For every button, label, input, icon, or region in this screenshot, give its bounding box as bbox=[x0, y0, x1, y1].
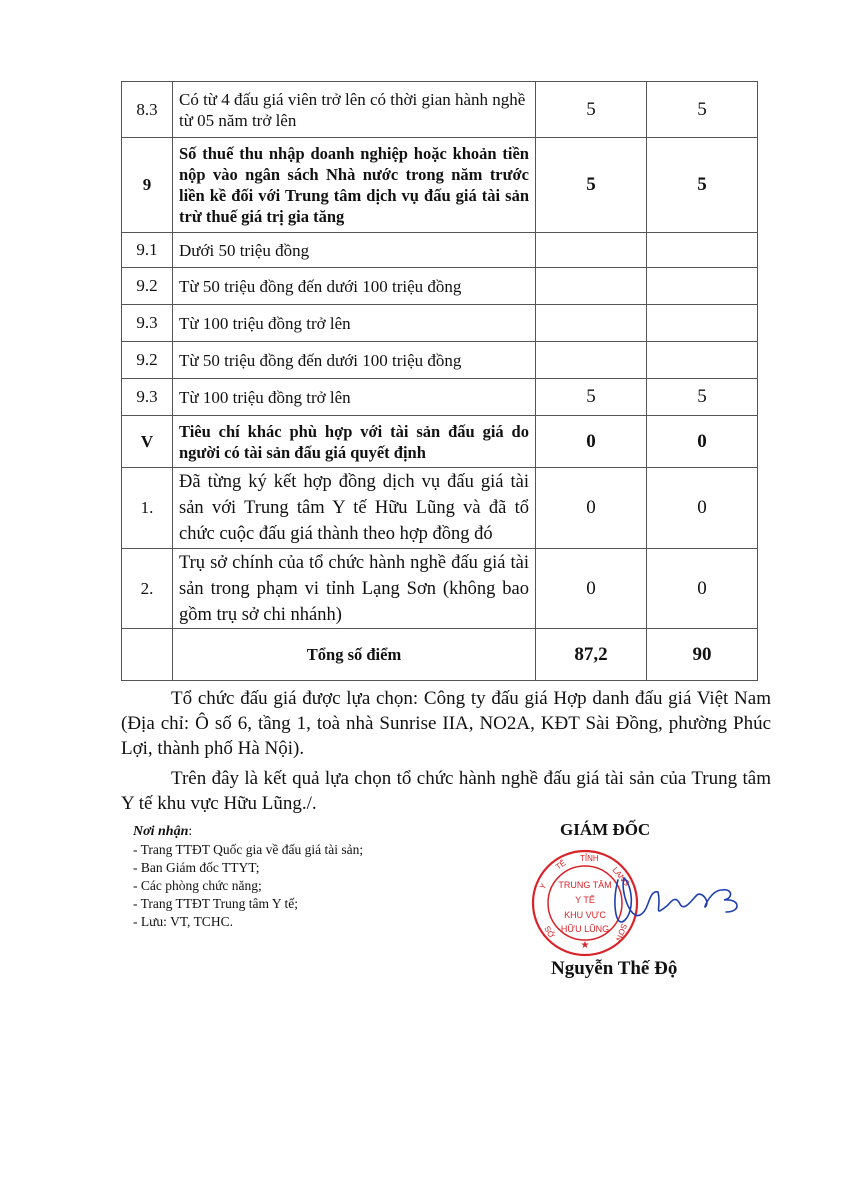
table-row: VTiêu chí khác phù hợp với tài sản đấu g… bbox=[122, 416, 758, 468]
score-column-1 bbox=[536, 342, 647, 379]
selected-organization-paragraph: Tổ chức đấu giá được lựa chọn: Công ty đ… bbox=[121, 686, 771, 761]
table-row: 2.Trụ sở chính của tổ chức hành nghề đấu… bbox=[122, 549, 758, 629]
table-row: 1.Đã từng ký kết hợp đồng dịch vụ đấu gi… bbox=[122, 468, 758, 549]
row-number bbox=[122, 629, 173, 681]
score-column-1: 5 bbox=[536, 82, 647, 138]
table-row: 9.3Từ 100 triệu đồng trở lên55 bbox=[122, 379, 758, 416]
score-column-1: 0 bbox=[536, 468, 647, 549]
row-number: 9.3 bbox=[122, 305, 173, 342]
score-column-1 bbox=[536, 233, 647, 268]
score-column-2 bbox=[647, 342, 758, 379]
conclusion-paragraph: Trên đây là kết quả lựa chọn tổ chức hàn… bbox=[121, 766, 771, 816]
row-number: 9.2 bbox=[122, 342, 173, 379]
svg-text:★: ★ bbox=[581, 940, 590, 951]
score-column-2: 5 bbox=[647, 82, 758, 138]
score-column-1 bbox=[536, 268, 647, 305]
criterion-description: Tiêu chí khác phù hợp với tài sản đấu gi… bbox=[173, 416, 536, 468]
table-row: 9.3Từ 100 triệu đồng trở lên bbox=[122, 305, 758, 342]
score-column-2 bbox=[647, 305, 758, 342]
score-column-2: 0 bbox=[647, 468, 758, 549]
recipients-block: Nơi nhận: - Trang TTĐT Quốc gia về đấu g… bbox=[133, 822, 363, 931]
signer-name: Nguyễn Thế Độ bbox=[551, 958, 677, 980]
score-column-2 bbox=[647, 233, 758, 268]
criterion-description: Tổng số điểm bbox=[173, 629, 536, 681]
score-table: 8.3Có từ 4 đấu giá viên trở lên có thời … bbox=[121, 81, 758, 681]
row-number: V bbox=[122, 416, 173, 468]
criterion-description: Có từ 4 đấu giá viên trở lên có thời gia… bbox=[173, 82, 536, 138]
score-column-1: 87,2 bbox=[536, 629, 647, 681]
stamp-text-line: Y TẾ bbox=[575, 895, 595, 905]
score-column-2: 5 bbox=[647, 138, 758, 233]
score-column-1: 5 bbox=[536, 379, 647, 416]
row-number: 2. bbox=[122, 549, 173, 629]
row-number: 9.2 bbox=[122, 268, 173, 305]
criterion-description: Dưới 50 triệu đồng bbox=[173, 233, 536, 268]
recipient-item: - Ban Giám đốc TTYT; bbox=[133, 859, 363, 877]
score-column-1: 0 bbox=[536, 416, 647, 468]
criterion-description: Từ 50 triệu đồng đến dưới 100 triệu đồng bbox=[173, 342, 536, 379]
criterion-description: Đã từng ký kết hợp đồng dịch vụ đấu giá … bbox=[173, 468, 536, 549]
criterion-description: Từ 50 triệu đồng đến dưới 100 triệu đồng bbox=[173, 268, 536, 305]
svg-text:SỞ: SỞ bbox=[542, 925, 556, 940]
svg-text:TỈNH: TỈNH bbox=[580, 854, 599, 863]
score-column-2 bbox=[647, 268, 758, 305]
table-row: 9.1Dưới 50 triệu đồng bbox=[122, 233, 758, 268]
recipient-item: - Lưu: VT, TCHC. bbox=[133, 913, 363, 931]
recipient-item: - Các phòng chức năng; bbox=[133, 877, 363, 895]
row-number: 9 bbox=[122, 138, 173, 233]
row-number: 8.3 bbox=[122, 82, 173, 138]
criterion-description: Từ 100 triệu đồng trở lên bbox=[173, 305, 536, 342]
row-number: 9.3 bbox=[122, 379, 173, 416]
score-column-2: 5 bbox=[647, 379, 758, 416]
recipients-list: - Trang TTĐT Quốc gia về đấu giá tài sản… bbox=[133, 841, 363, 931]
stamp-text-line: TRUNG TÂM bbox=[558, 880, 611, 890]
stamp-text-line: HỮU LŨNG bbox=[561, 924, 609, 934]
table-row: 9Số thuế thu nhập doanh nghiệp hoặc khoả… bbox=[122, 138, 758, 233]
table-row: 8.3Có từ 4 đấu giá viên trở lên có thời … bbox=[122, 82, 758, 138]
criterion-description: Trụ sở chính của tổ chức hành nghề đấu g… bbox=[173, 549, 536, 629]
recipient-item: - Trang TTĐT Trung tâm Y tế; bbox=[133, 895, 363, 913]
row-number: 9.1 bbox=[122, 233, 173, 268]
handwritten-signature-icon bbox=[610, 860, 770, 940]
score-column-2: 0 bbox=[647, 549, 758, 629]
score-column-2: 90 bbox=[647, 629, 758, 681]
svg-text:Y: Y bbox=[538, 881, 549, 891]
score-column-2: 0 bbox=[647, 416, 758, 468]
criterion-description: Từ 100 triệu đồng trở lên bbox=[173, 379, 536, 416]
recipients-title: Nơi nhận bbox=[133, 824, 188, 839]
signer-position: GIÁM ĐỐC bbox=[560, 820, 650, 840]
row-number: 1. bbox=[122, 468, 173, 549]
table-row: 9.2Từ 50 triệu đồng đến dưới 100 triệu đ… bbox=[122, 342, 758, 379]
score-column-1: 5 bbox=[536, 138, 647, 233]
document-page: 8.3Có từ 4 đấu giá viên trở lên có thời … bbox=[0, 0, 848, 1200]
recipient-item: - Trang TTĐT Quốc gia về đấu giá tài sản… bbox=[133, 841, 363, 859]
criterion-description: Số thuế thu nhập doanh nghiệp hoặc khoản… bbox=[173, 138, 536, 233]
score-column-1: 0 bbox=[536, 549, 647, 629]
score-column-1 bbox=[536, 305, 647, 342]
table-row: 9.2Từ 50 triệu đồng đến dưới 100 triệu đ… bbox=[122, 268, 758, 305]
stamp-text-line: KHU VỰC bbox=[564, 910, 606, 920]
table-row: Tổng số điểm87,290 bbox=[122, 629, 758, 681]
